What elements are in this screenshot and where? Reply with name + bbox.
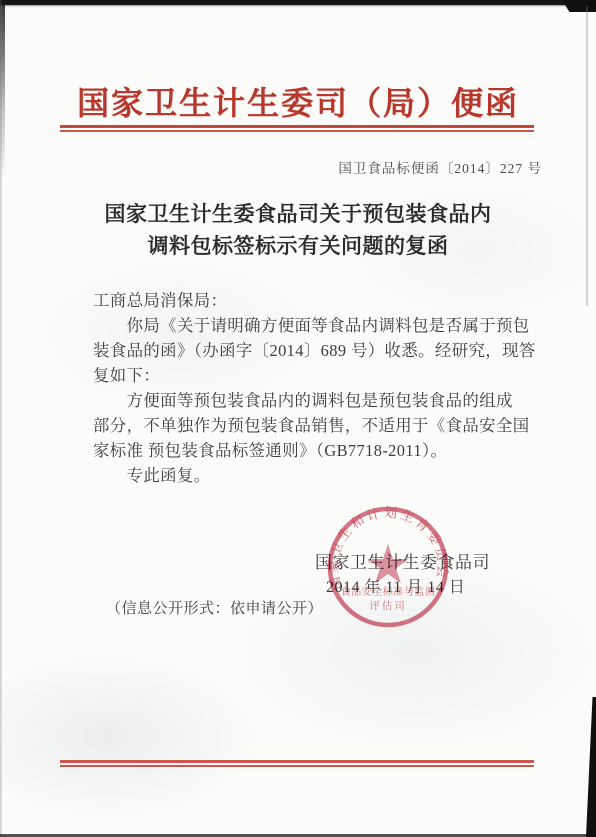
scan-edge-right-shadow: [586, 6, 588, 306]
seal-inner-text-2: 评估司: [369, 599, 407, 612]
body-line-closing: 专此函复。: [93, 463, 545, 488]
document-scan: 国家卫生计生委司（局）便函 国卫食品标便函〔2014〕227 号 国家卫生计生委…: [0, 0, 596, 837]
body-line: 部分，不单独作为预包装食品销售，不适用于《食品安全国: [93, 413, 545, 438]
letterhead-divider-rule: [60, 125, 534, 132]
body-line-recipient: 工商总局消保局：: [93, 288, 545, 313]
official-seal: 国家卫生和计划生育委员会 ★ 食品安全标准与监测 评估司: [318, 498, 458, 638]
subject-line-2: 调料包标签标示有关问题的复函: [40, 230, 556, 262]
scan-edge-left-faint: [0, 0, 2, 837]
scan-corner-top-right: [562, 0, 596, 12]
body-line: 复如下：: [93, 363, 545, 388]
body-line: 家标准 预包装食品标签通则》（GB7718-2011）。: [93, 438, 545, 463]
seal-inner-text-1: 食品安全标准与监测: [341, 585, 436, 598]
rule-thin-line: [60, 130, 534, 132]
footer-rule: [60, 760, 534, 767]
body-line: 你局《关于请明确方便面等食品内调料包是否属于预包: [93, 313, 545, 338]
scan-corner-bottom-right: [586, 697, 596, 837]
document-subject-title: 国家卫生计生委食品司关于预包装食品内 调料包标签标示有关问题的复函: [40, 198, 556, 262]
document-body: 工商总局消保局： 你局《关于请明确方便面等食品内调料包是否属于预包 装食品的函》…: [93, 288, 545, 488]
document-reference-number: 国卫食品标便函〔2014〕227 号: [338, 157, 542, 177]
seal-star-icon: ★: [364, 535, 412, 595]
disclosure-note: （信息公开形式：依申请公开）: [106, 597, 323, 618]
subject-line-1: 国家卫生计生委食品司关于预包装食品内: [40, 198, 556, 230]
body-line: 方便面等预包装食品内的调料包是预包装食品的组成: [93, 388, 545, 413]
body-line: 装食品的函》（办函字〔2014〕689 号）收悉。经研究，现答: [93, 338, 545, 363]
rule-thin-line: [60, 765, 534, 767]
letterhead-title: 国家卫生计生委司（局）便函: [0, 78, 596, 124]
scan-edge-top: [0, 0, 596, 7]
